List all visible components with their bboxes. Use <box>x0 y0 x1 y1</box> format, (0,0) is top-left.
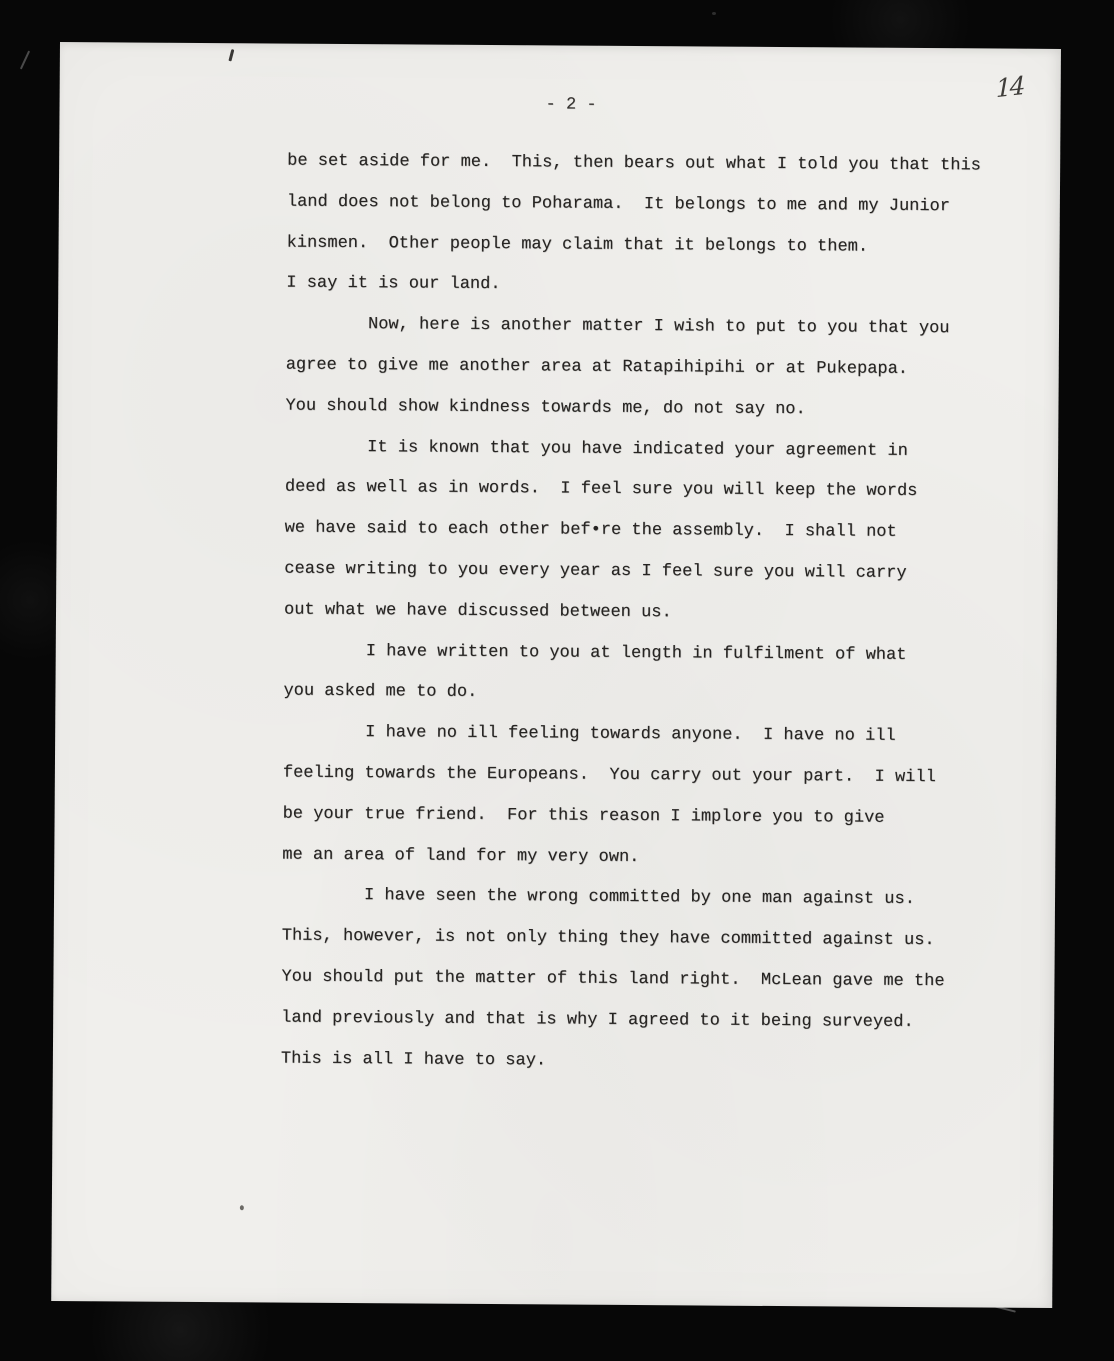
scan-scratch <box>20 51 30 70</box>
text-line: land does not belong to Poharama. It bel… <box>287 182 1017 228</box>
text-line: It is known that you have indicated your… <box>285 427 1015 473</box>
text-line: I have written to you at length in fulfi… <box>284 631 1014 677</box>
text-line: land previously and that is why I agreed… <box>281 998 1011 1044</box>
text-line: be set aside for me. This, then bears ou… <box>287 142 1017 188</box>
page-number: - 2 - <box>546 96 597 113</box>
ink-mark <box>228 49 234 61</box>
text-line: me an area of land for my very own. <box>282 835 1012 881</box>
text-line: kinsmen. Other people may claim that it … <box>286 223 1016 269</box>
text-line: be your true friend. For this reason I i… <box>282 794 1012 840</box>
handwritten-page-number: 14 <box>996 73 1024 101</box>
text-line: This, however, is not only thing they ha… <box>282 917 1012 963</box>
text-line: You should put the matter of this land r… <box>281 958 1011 1004</box>
text-line: cease writing to you every year as I fee… <box>284 550 1014 596</box>
scan-speck <box>712 12 716 15</box>
text-line: This is all I have to say. <box>281 1039 1011 1085</box>
text-line: You should show kindness towards me, do … <box>285 386 1015 432</box>
text-line: we have said to each other bef•re the as… <box>284 509 1014 555</box>
text-line: feeling towards the Europeans. You carry… <box>283 754 1013 800</box>
text-block: be set aside for me. This, then bears ou… <box>281 142 1018 1085</box>
text-line: I have seen the wrong committed by one m… <box>282 876 1012 922</box>
text-line: I have no ill feeling towards anyone. I … <box>283 713 1013 759</box>
text-line: I say it is our land. <box>286 264 1016 310</box>
text-line: out what we have discussed between us. <box>284 590 1014 636</box>
scan-background: - 2 - 14 be set aside for me. This, then… <box>0 0 1114 1361</box>
text-line: Now, here is another matter I wish to pu… <box>286 305 1016 351</box>
text-line: agree to give me another area at Ratapih… <box>286 346 1016 392</box>
text-line: you asked me to do. <box>283 672 1013 718</box>
ink-dot <box>240 1205 244 1210</box>
text-line: deed as well as in words. I feel sure yo… <box>285 468 1015 514</box>
document-page: - 2 - 14 be set aside for me. This, then… <box>51 42 1061 1308</box>
